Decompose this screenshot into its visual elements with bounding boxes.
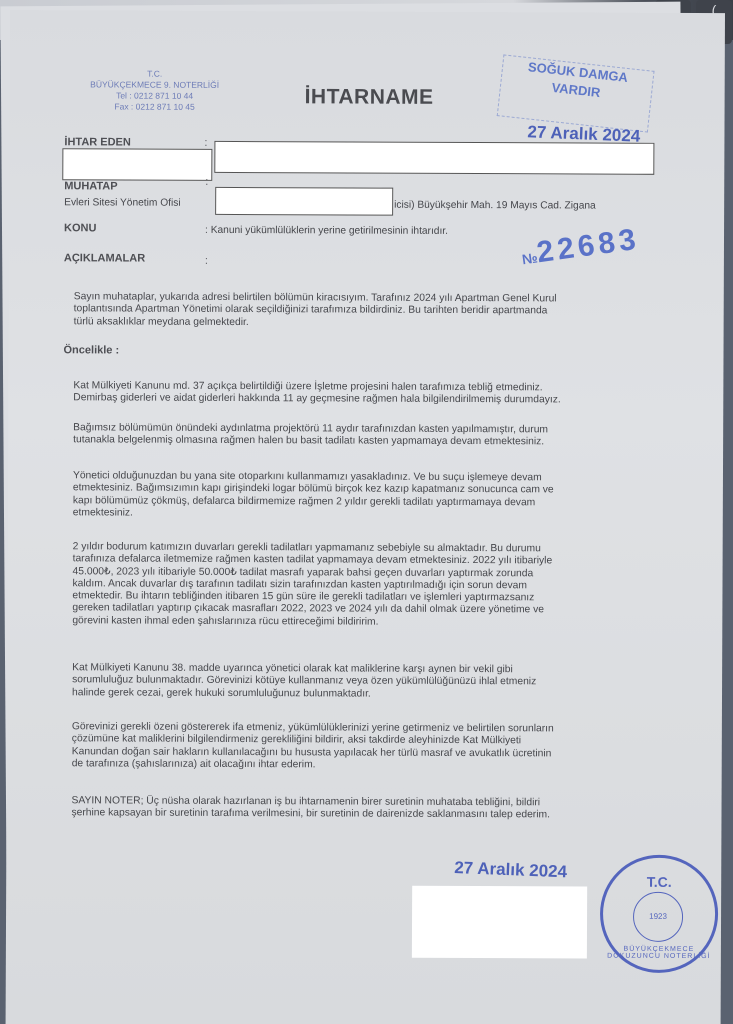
- colon: :: [204, 137, 207, 149]
- colon: :: [205, 255, 208, 267]
- text-line: kapı bölümümüz çökmüş, defalarca bildirm…: [73, 495, 673, 510]
- redacted-block: [214, 141, 654, 175]
- seal-ring-text: BÜYÜKÇEKMECE DOKUZUNCU NOTERLİĞİ: [603, 946, 715, 960]
- text-line: de tarafınıza (şahıslarınıza) ait olacağ…: [72, 758, 672, 773]
- cold-stamp: SOĞUK DAMGA VARDIR: [497, 54, 655, 132]
- redacted-signature: [412, 886, 587, 959]
- paragraph: 2 yıldır bodurum katımızın duvarları ger…: [72, 541, 672, 630]
- colon: :: [205, 176, 208, 188]
- stamp-line: BÜYÜKÇEKMECE 9. NOTERLİĞİ: [80, 79, 230, 91]
- seal-year: 1923: [633, 892, 683, 942]
- redacted-block: [215, 187, 393, 216]
- stamp-line: Tel : 0212 871 10 44: [80, 90, 230, 102]
- notary-seal: T.C. 1923 BÜYÜKÇEKMECE DOKUZUNCU NOTERLİ…: [600, 855, 719, 974]
- paragraph: SAYIN NOTER; Üç nüsha olarak hazırlanan …: [71, 795, 671, 822]
- text-line: tutanakla belgelenmiş olmasına rağmen ha…: [73, 435, 673, 450]
- date-stamp-bottom: 27 Aralık 2024: [454, 858, 567, 882]
- muhatap-label: MUHATAP: [64, 180, 117, 192]
- oncelikle-heading: Öncelikle :: [63, 344, 119, 356]
- stamp-line: T.C.: [80, 68, 230, 80]
- paragraph: Yönetici olduğunuzdan bu yana site otopa…: [73, 470, 673, 522]
- paragraph: Görevinizi gerekli özeni göstererek ifa …: [72, 721, 672, 773]
- paragraph: Bağımsız bölümümün önündeki aydınlatma p…: [73, 422, 673, 449]
- document-title: İHTARNAME: [305, 85, 434, 110]
- text-line: görevini kasten ihmal eden şahıslarınıza…: [72, 615, 672, 630]
- seal-center-text: T.C.: [603, 874, 715, 890]
- intro-paragraph: Sayın muhataplar, yukarıda adresi belirt…: [74, 291, 674, 331]
- notary-header-stamp: T.C. BÜYÜKÇEKMECE 9. NOTERLİĞİ Tel : 021…: [79, 68, 229, 129]
- konu-value: : Kanuni yükümlülüklerin yerine getirilm…: [205, 225, 448, 237]
- text-line: Demirbaş giderleri ve aidat giderleri ha…: [73, 393, 673, 408]
- text-line: türlü aksaklıklar meydana gelmektedir.: [74, 316, 674, 331]
- ihtar-eden-label: İHTAR EDEN: [64, 136, 130, 148]
- redacted-block: [62, 148, 212, 181]
- registry-number: 22683: [535, 223, 642, 270]
- registry-number-stamp: №22683: [519, 223, 642, 273]
- text-line: halinde gerek cezai, gerek hukuki soruml…: [72, 687, 672, 702]
- text-line: etmektesiniz.: [73, 507, 673, 522]
- konu-label: KONU: [64, 222, 96, 234]
- muhatap-text: Evleri Sitesi Yönetim Ofisi: [64, 197, 181, 209]
- paragraph: Kat Mülkiyeti Kanunu 38. madde uyarınca …: [72, 662, 672, 702]
- document-page: T.C. BÜYÜKÇEKMECE 9. NOTERLİĞİ Tel : 021…: [6, 10, 725, 1024]
- muhatap-address: icisi) Büyükşehir Mah. 19 Mayıs Cad. Zig…: [394, 200, 596, 212]
- aciklamalar-label: AÇIKLAMALAR: [64, 252, 145, 264]
- paragraph: Kat Mülkiyeti Kanunu md. 37 açıkça belir…: [73, 380, 673, 407]
- stamp-line: Fax : 0212 871 10 45: [80, 101, 230, 113]
- text-line: şerhine kapsayan bir suretinin tarafıma …: [71, 808, 671, 823]
